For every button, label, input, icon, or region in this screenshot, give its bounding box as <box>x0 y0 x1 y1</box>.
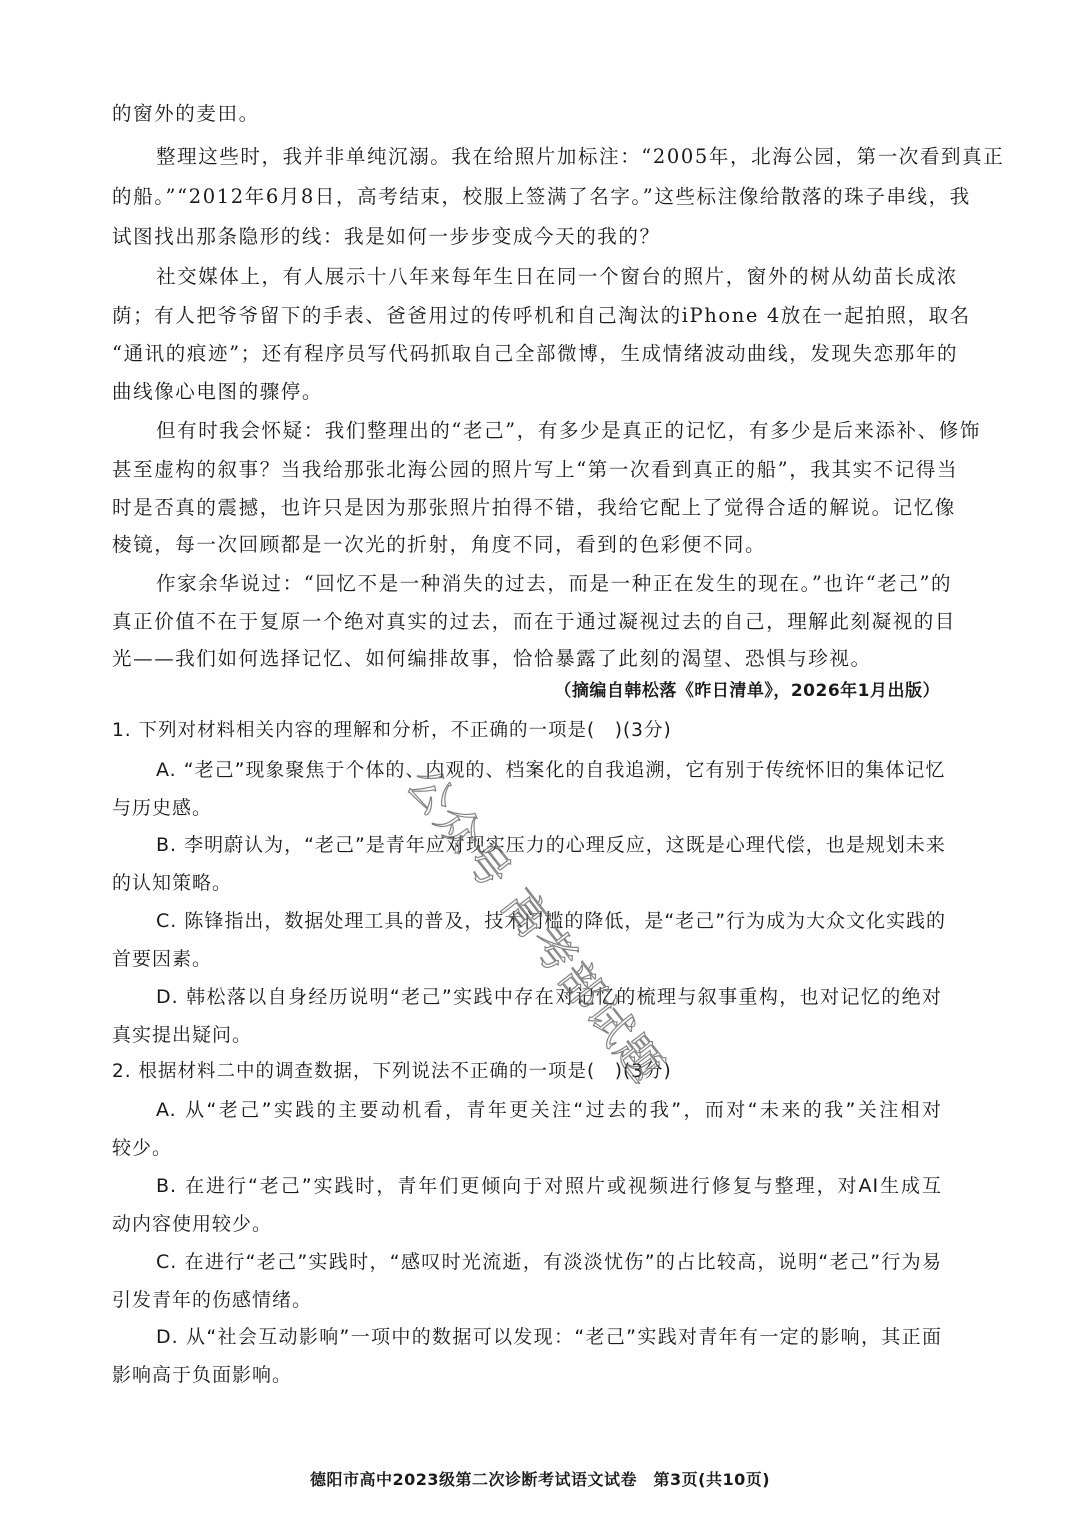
question-1-option-a-cont: 与历史感。 <box>112 794 942 822</box>
passage-line: 甚至虚构的叙事？当我给那张北海公园的照片写上“第一次看到真正的船”，我其实不记得… <box>112 456 942 484</box>
question-1-option-d-cont: 真实提出疑问。 <box>112 1021 942 1049</box>
question-2-option-d-cont: 影响高于负面影响。 <box>112 1361 942 1389</box>
passage-line: 整理这些时，我并非单纯沉溺。我在给照片加标注：“2005年，北海公园，第一次看到… <box>156 143 942 171</box>
passage-line: 光——我们如何选择记忆、如何编排故事，恰恰暴露了此刻的渴望、恐惧与珍视。 <box>112 645 942 673</box>
question-1-title: 1. 下列对材料相关内容的理解和分析，不正确的一项是( )(3分) <box>112 717 942 745</box>
question-1-option-a[interactable]: A. “老己”现象聚焦于个体的、内观的、档案化的自我追溯，它有别于传统怀旧的集体… <box>156 756 942 784</box>
question-2-title: 2. 根据材料二中的调查数据，下列说法不正确的一项是( )(3分) <box>112 1058 942 1086</box>
passage-line: 但有时我会怀疑：我们整理出的“老己”，有多少是真正的记忆，有多少是后来添补、修饰 <box>156 417 942 445</box>
passage-line: 的窗外的麦田。 <box>112 100 942 128</box>
passage-source: （摘编自韩松落《昨日清单》，2026年1月出版） <box>554 676 940 701</box>
question-2-option-a[interactable]: A. 从“老己”实践的主要动机看，青年更关注“过去的我”，而对“未来的我”关注相… <box>156 1096 942 1124</box>
question-2-option-d[interactable]: D. 从“社会互动影响”一项中的数据可以发现：“老己”实践对青年有一定的影响，其… <box>156 1323 942 1351</box>
question-2-option-a-cont: 较少。 <box>112 1134 942 1162</box>
passage-line: 真正价值不在于复原一个绝对真实的过去，而在于通过凝视过去的自己，理解此刻凝视的目 <box>112 608 942 636</box>
question-2-option-c-cont: 引发青年的伤感情绪。 <box>112 1286 942 1314</box>
passage-line: 试图找出那条隐形的线：我是如何一步步变成今天的我的？ <box>112 223 942 251</box>
question-2-option-b[interactable]: B. 在进行“老己”实践时，青年们更倾向于对照片或视频进行修复与整理，对AI生成… <box>156 1172 942 1200</box>
question-2-option-c[interactable]: C. 在进行“老己”实践时，“感叹时光流逝，有淡淡忧伤”的占比较高，说明“老己”… <box>156 1248 942 1276</box>
passage-line: “通讯的痕迹”；还有程序员写代码抓取自己全部微博，生成情绪波动曲线，发现失恋那年… <box>112 340 942 368</box>
passage-line: 曲线像心电图的骤停。 <box>112 378 942 406</box>
question-2-option-b-cont: 动内容使用较少。 <box>112 1210 942 1238</box>
exam-page: 的窗外的麦田。 整理这些时，我并非单纯沉溺。我在给照片加标注：“2005年，北海… <box>0 0 1080 1527</box>
passage-line: 时是否真的震撼，也许只是因为那张照片拍得不错，我给它配上了觉得合适的解说。记忆像 <box>112 494 942 522</box>
question-1-option-b[interactable]: B. 李明蔚认为，“老己”是青年应对现实压力的心理反应，这既是心理代偿，也是规划… <box>156 831 942 859</box>
passage-line: 棱镜，每一次回顾都是一次光的折射，角度不同，看到的色彩便不同。 <box>112 531 942 559</box>
passage-line: 社交媒体上，有人展示十八年来每年生日在同一个窗台的照片，窗外的树从幼苗长成浓 <box>156 263 942 291</box>
page-footer: 德阳市高中2023级第二次诊断考试语文试卷 第3页(共10页) <box>0 1467 1080 1490</box>
passage-line: 作家余华说过：“回忆不是一种消失的过去，而是一种正在发生的现在。”也许“老己”的 <box>156 570 942 598</box>
passage-line: 荫；有人把爷爷留下的手表、爸爸用过的传呼机和自己淘汰的iPhone 4放在一起拍… <box>112 302 942 330</box>
passage-line: 的船。”“2012年6月8日，高考结束，校服上签满了名字。”这些标注像给散落的珠… <box>112 183 942 211</box>
